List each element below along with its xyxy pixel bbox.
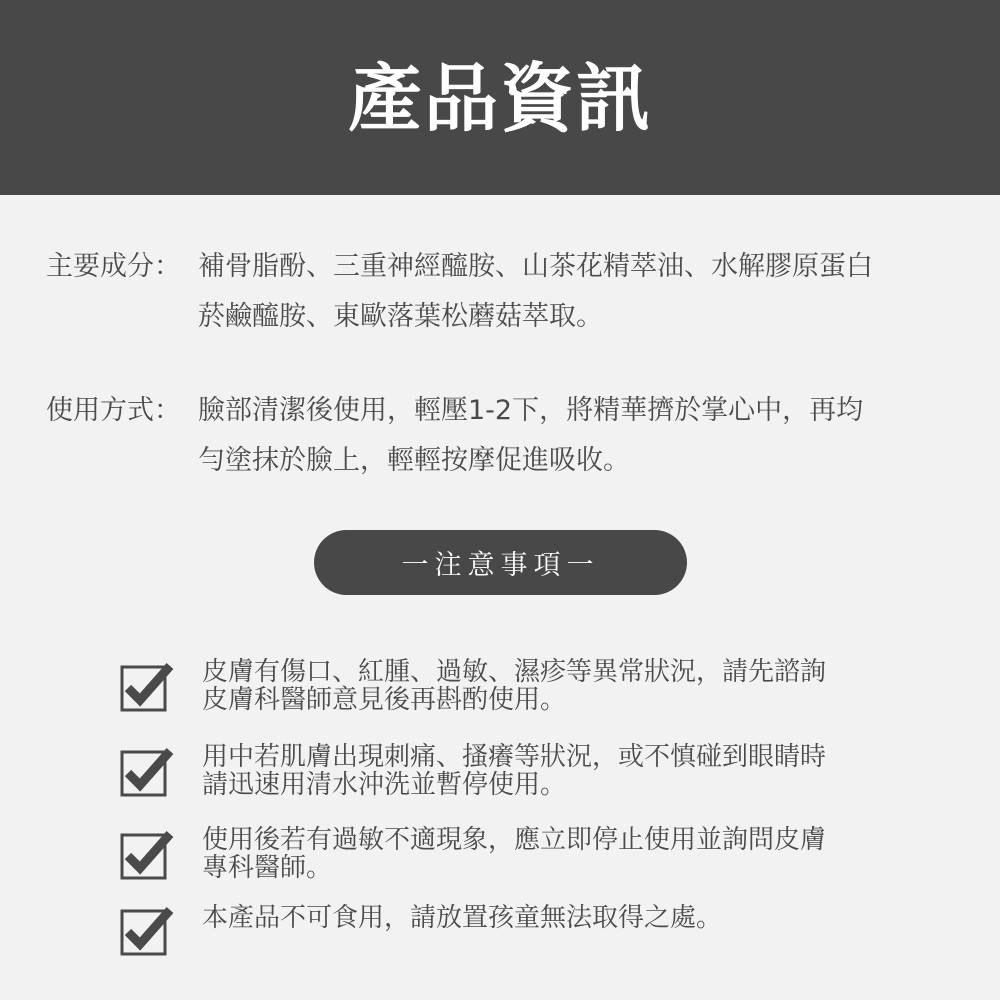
usage-section: 使用方式： 臉部清潔後使用，輕壓1-2下，將精華擠於掌心中，再均 勻塗抹於臉上，…	[46, 386, 966, 486]
page-title: 產品資訊	[348, 40, 652, 146]
notice-text: 本產品不可食用，請放置孩童無法取得之處。	[202, 904, 902, 932]
notice-item: 皮膚有傷口、紅腫、過敏、濕疹等異常狀況，請先諮詢 皮膚科醫師意見後再斟酌使用。	[120, 658, 902, 714]
checkbox-checked-icon	[120, 832, 168, 880]
notice-text: 用中若肌膚出現刺痛、搔癢等狀況，或不慎碰到眼睛時 請迅速用清水沖洗並暫停使用。	[202, 743, 902, 799]
notice-text: 使用後若有過敏不適現象，應立即停止使用並詢問皮膚 專科醫師。	[202, 826, 902, 882]
notice-item: 本產品不可食用，請放置孩童無法取得之處。	[120, 902, 902, 956]
notice-heading: 一注意事項一	[402, 543, 600, 582]
ingredients-text: 補骨脂酚、三重神經醯胺、山茶花精萃油、水解膠原蛋白 菸鹼醯胺、東歐落葉松蘑菇萃取…	[198, 242, 966, 342]
notice-text: 皮膚有傷口、紅腫、過敏、濕疹等異常狀況，請先諮詢 皮膚科醫師意見後再斟酌使用。	[202, 658, 902, 714]
ingredients-section: 主要成分： 補骨脂酚、三重神經醯胺、山茶花精萃油、水解膠原蛋白 菸鹼醯胺、東歐落…	[46, 242, 966, 342]
notice-heading-pill: 一注意事項一	[314, 530, 687, 595]
notice-item: 用中若肌膚出現刺痛、搔癢等狀況，或不慎碰到眼睛時 請迅速用清水沖洗並暫停使用。	[120, 743, 902, 799]
usage-label: 使用方式：	[46, 386, 198, 486]
usage-text: 臉部清潔後使用，輕壓1-2下，將精華擠於掌心中，再均 勻塗抹於臉上，輕輕按摩促進…	[198, 386, 966, 486]
notice-item: 使用後若有過敏不適現象，應立即停止使用並詢問皮膚 專科醫師。	[120, 826, 902, 882]
checkbox-checked-icon	[120, 664, 168, 712]
checkbox-checked-icon	[120, 749, 168, 797]
header-banner: 產品資訊	[0, 0, 1000, 195]
checkbox-checked-icon	[120, 908, 168, 956]
ingredients-label: 主要成分：	[46, 242, 198, 342]
